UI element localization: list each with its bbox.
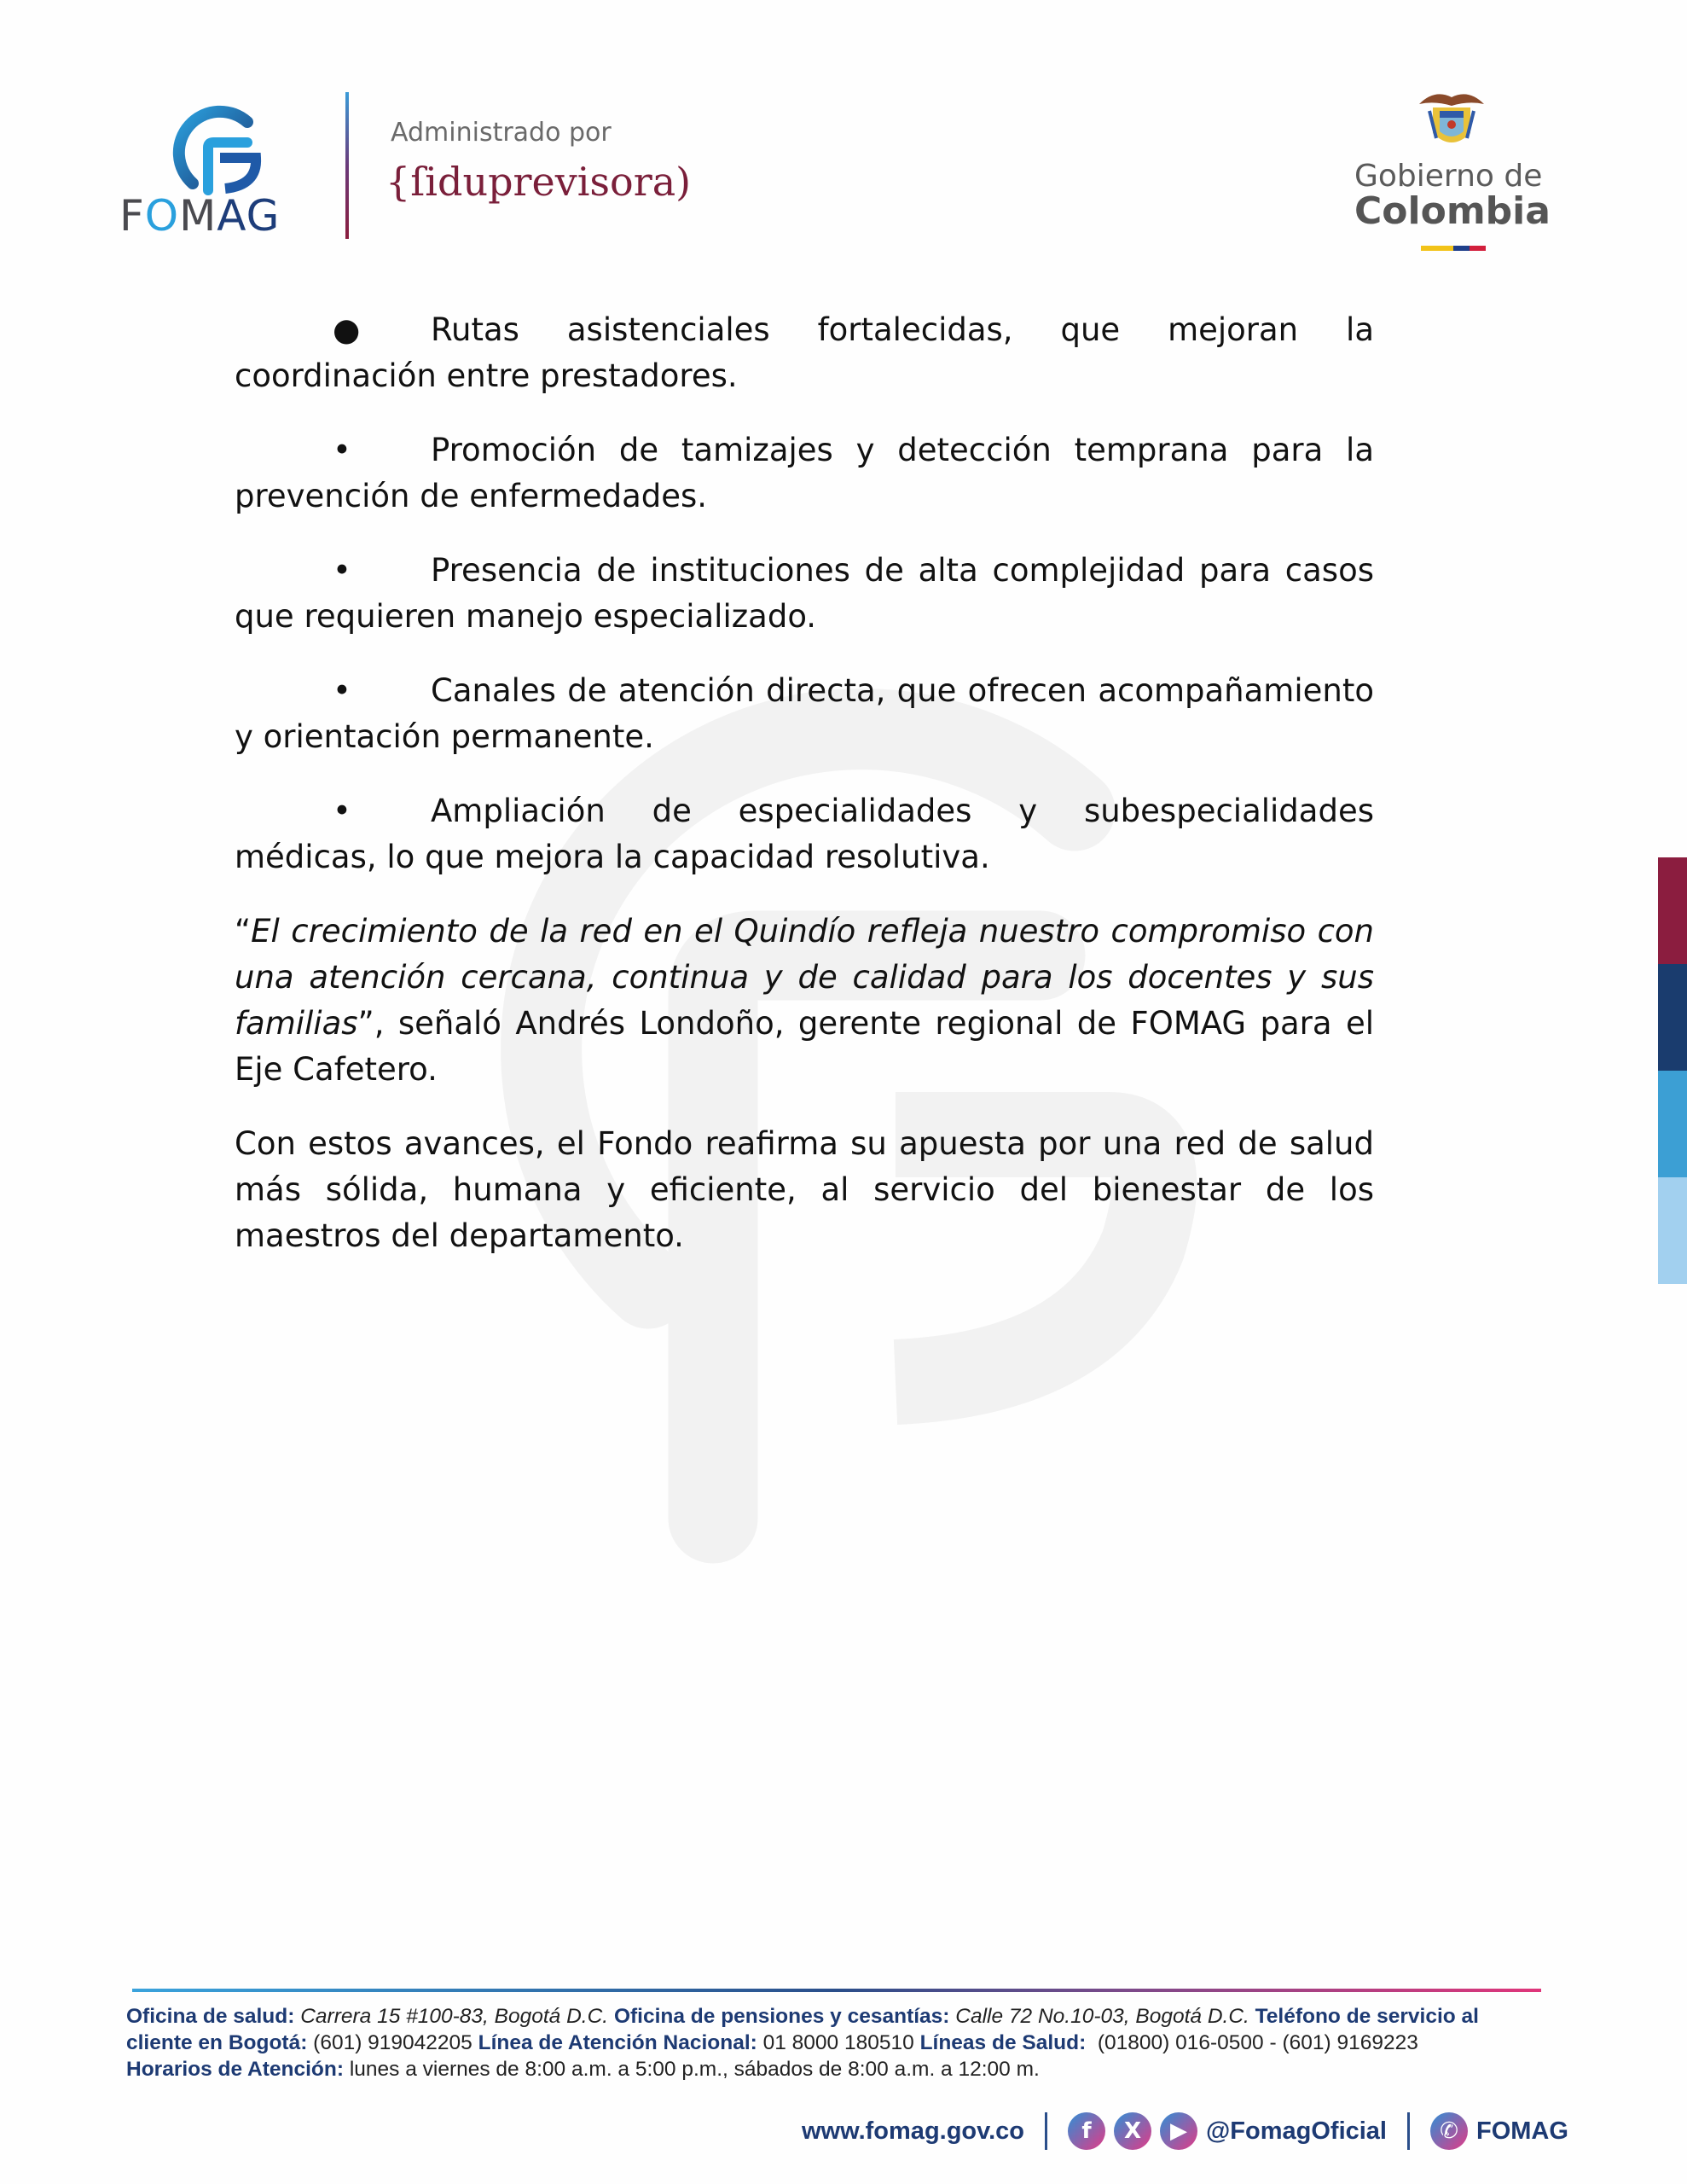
- fomag-wordmark: FOMAG: [119, 195, 280, 237]
- side-tab-crimson: [1658, 857, 1687, 964]
- youtube-icon[interactable]: ▶: [1160, 2112, 1197, 2150]
- side-color-tabs: [1658, 857, 1687, 1284]
- side-tab-blue: [1658, 1071, 1687, 1177]
- colombia-coat-of-arms-icon: [1416, 85, 1487, 157]
- side-tab-navy: [1658, 964, 1687, 1071]
- gov-line1: Gobierno de: [1354, 159, 1542, 194]
- website-link[interactable]: www.fomag.gov.co: [802, 2117, 1024, 2146]
- footer-separator: [1407, 2112, 1410, 2150]
- bullet-item: •Promoción de tamizajes y detección temp…: [235, 427, 1374, 520]
- fiduprevisora-logo: {ſiduprevisora): [386, 159, 691, 205]
- footer-social-bar: www.fomag.gov.co f X ▶ @FomagOficial ✆ F…: [802, 2110, 1568, 2152]
- footer-contact-info: Oficina de salud: Carrera 15 #100-83, Bo…: [126, 2003, 1546, 2082]
- x-twitter-icon[interactable]: X: [1114, 2112, 1151, 2150]
- social-handle[interactable]: @FomagOficial: [1206, 2117, 1387, 2146]
- side-tab-lightblue: [1658, 1177, 1687, 1284]
- bullet-item: •Canales de atención directa, que ofrece…: [235, 668, 1374, 760]
- quote-paragraph: “El crecimiento de la red en el Quindío …: [235, 909, 1374, 1093]
- footer-separator: [1045, 2112, 1047, 2150]
- bullet-item: •Presencia de instituciones de alta comp…: [235, 548, 1374, 640]
- administered-by-label: Administrado por: [391, 118, 612, 148]
- footer-divider: [132, 1989, 1541, 1992]
- header-divider: [345, 92, 349, 239]
- bullet-item: ●Rutas asistenciales fortalecidas, que m…: [235, 307, 1374, 399]
- gov-line2: Colombia: [1354, 189, 1551, 233]
- facebook-icon[interactable]: f: [1068, 2112, 1105, 2150]
- colombia-flag-stripe: [1421, 246, 1486, 251]
- whatsapp-icon[interactable]: ✆: [1430, 2112, 1468, 2150]
- document-body: ●Rutas asistenciales fortalecidas, que m…: [235, 307, 1374, 1287]
- bullet-item: •Ampliación de especialidades y subespec…: [235, 788, 1374, 880]
- closing-paragraph: Con estos avances, el Fondo reafirma su …: [235, 1121, 1374, 1259]
- whatsapp-name[interactable]: FOMAG: [1476, 2117, 1568, 2146]
